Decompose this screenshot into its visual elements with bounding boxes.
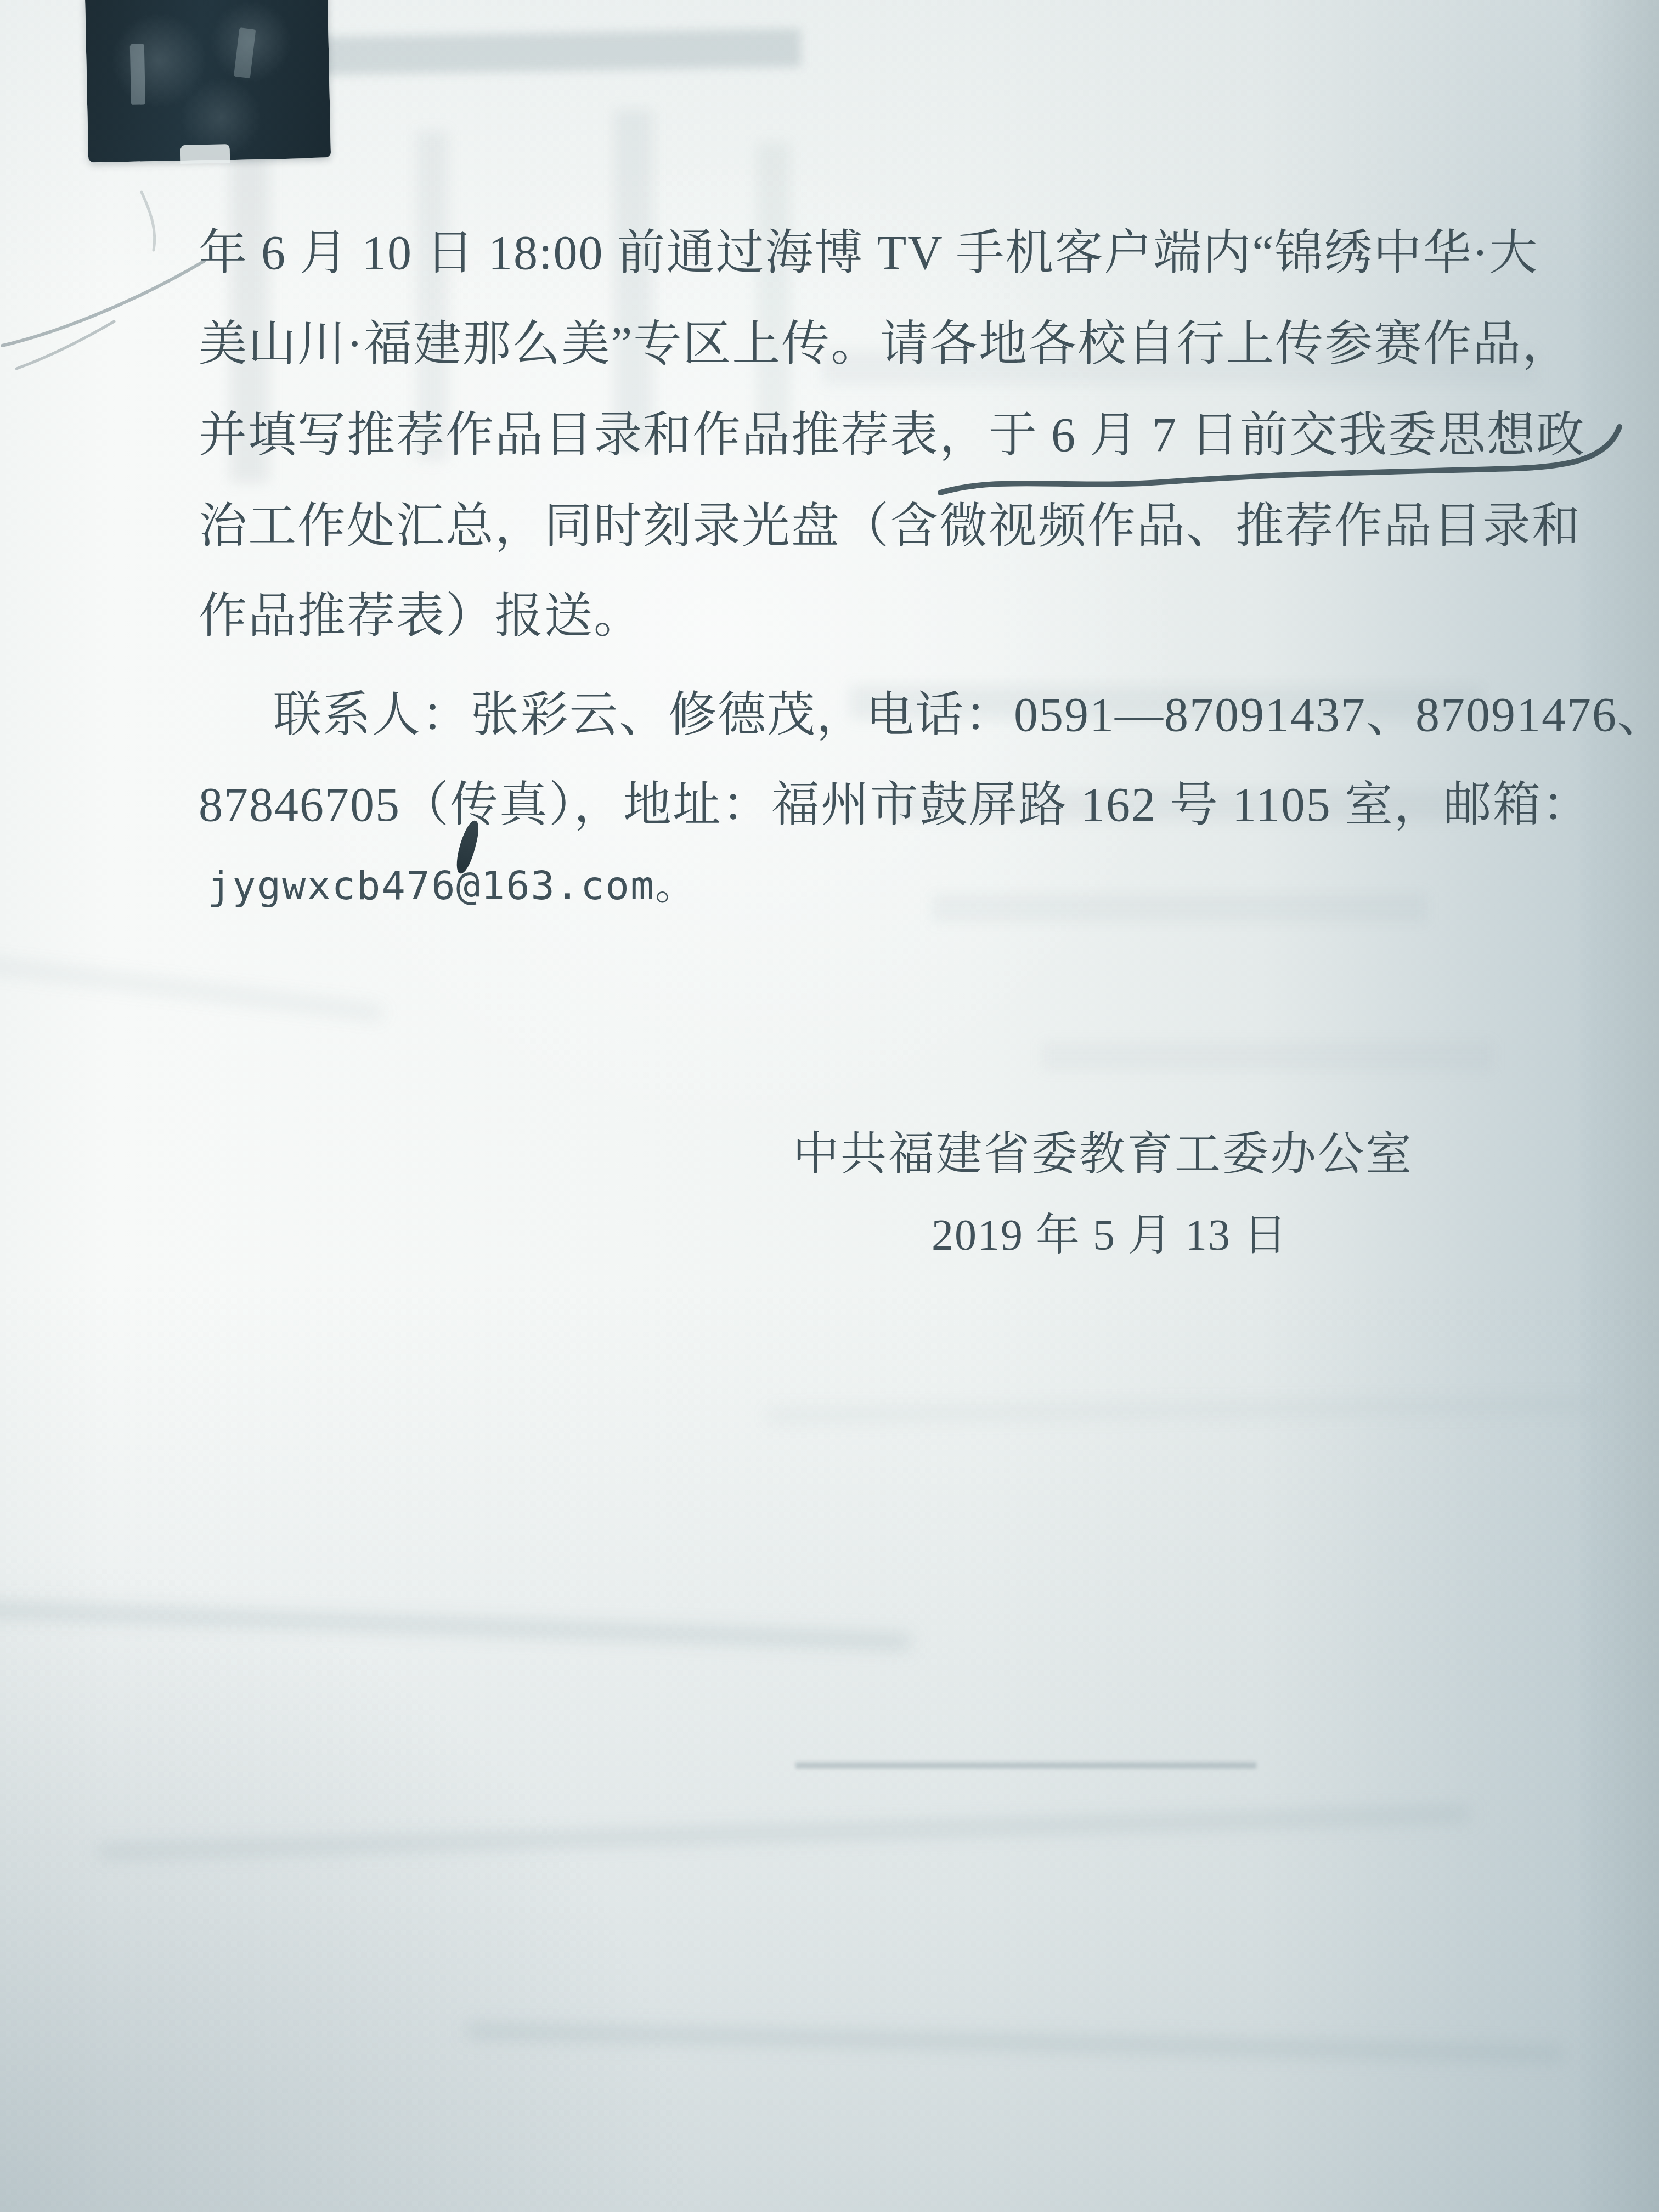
body-line-underlined: 并填写推荐作品目录和作品推荐表，于 6 月 7 日前交我委思想政 <box>199 396 1585 465</box>
bleed-through-underline <box>795 1762 1256 1769</box>
bleed-through-mark <box>757 143 790 439</box>
body-line: 治工作处汇总，同时刻录光盘（含微视频作品、推荐作品目录和 <box>199 487 1581 556</box>
bleed-through-mark <box>933 894 1426 922</box>
body-line: 美山川·福建那么美”专区上传。请各地各校自行上传参赛作品， <box>199 305 1571 374</box>
body-line: 年 6 月 10 日 18:00 前通过海博 TV 手机客户端内“锦绣中华·大 <box>199 214 1539 283</box>
document-photo: 年 6 月 10 日 18:00 前通过海博 TV 手机客户端内“锦绣中华·大 … <box>0 0 1659 2212</box>
email-line: jygwxcb476@163.com。 <box>207 854 696 911</box>
corner-ink-stamp <box>85 0 331 163</box>
stamp-inner-mark <box>234 27 256 78</box>
stamp-inner-mark <box>129 44 145 105</box>
bleed-through-mark <box>1042 1042 1492 1070</box>
paper-shadow-right-edge <box>1577 0 1659 2212</box>
signature-line: 中共福建省委教育工委办公室 <box>793 1117 1413 1183</box>
contact-line: 联系人：张彩云、修德茂，电话：0591—87091437、87091476、 <box>273 676 1659 745</box>
paper-wrinkle <box>768 1399 1591 1421</box>
body-line: 作品推荐表）报送。 <box>199 577 643 646</box>
paper-shadow-bottom-left <box>0 1548 697 2212</box>
contact-line: 87846705（传真），地址：福州市鼓屏路 162 号 1105 室，邮箱： <box>199 766 1592 835</box>
date-line: 2019 年 5 月 13 日 <box>932 1199 1288 1262</box>
